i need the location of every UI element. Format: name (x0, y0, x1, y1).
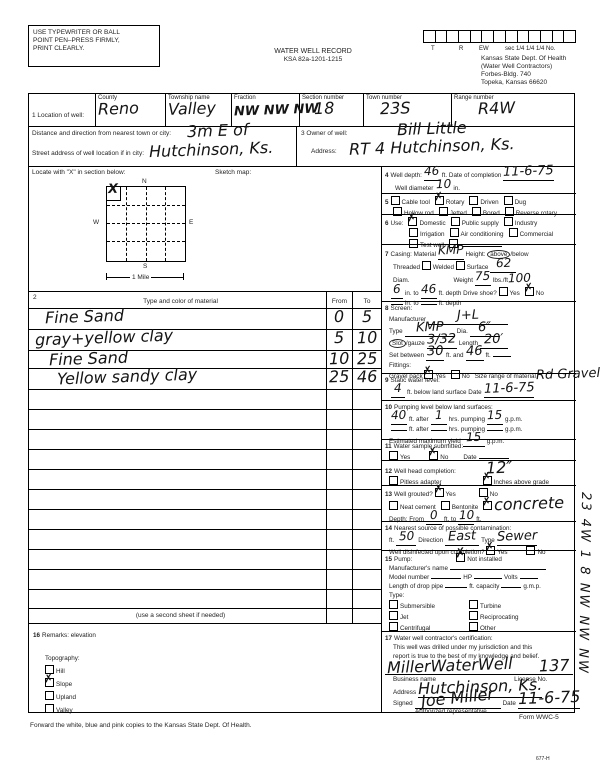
date-label: Date (468, 389, 481, 396)
material-row-empty (29, 470, 381, 490)
material-row: Fine Sand 10 25 (29, 351, 381, 369)
instruction-line: POINT PEN–PRESS FIRMLY, (33, 37, 155, 45)
checkbox-driven (469, 196, 478, 205)
checkbox-cable-tool (391, 196, 400, 205)
section-grouted: 13Well grouted? ✗YesNo Neat cementBenton… (381, 485, 576, 521)
material-value: gray+yellow clay (35, 331, 173, 346)
checkbox-reciprocating (469, 611, 478, 620)
checkbox-slope: ✗ (45, 678, 54, 687)
date-completion-value: 11-6-75 (503, 166, 554, 178)
checkbox-valley (45, 704, 54, 713)
ft-label: ft. (486, 352, 491, 359)
form-number: Form WWC-5 (519, 714, 559, 722)
hp-label: HP (463, 574, 472, 581)
section-number: 11 (385, 443, 392, 450)
field-value: Valley (168, 103, 216, 115)
capacity-label: capacity (476, 583, 499, 590)
well-depth-label: Well depth: (391, 172, 422, 179)
casing-dia-value: 6 (393, 284, 401, 294)
option-label: Public supply (462, 220, 499, 227)
agency-line: Forbes-Bldg. 740 (481, 71, 601, 79)
section-number: 6 (385, 220, 389, 227)
material-value: Fine Sand (45, 311, 124, 324)
check-mark: ✗ (482, 496, 493, 507)
forward-note: Forward the white, blue and pink copies … (30, 722, 252, 730)
checkbox-upland (45, 691, 54, 700)
materials-section-number: 2 (33, 294, 37, 302)
dia-label: Dia. (457, 328, 468, 335)
distance-label: Distance and direction from nearest town… (32, 130, 171, 138)
section-number: 4 (385, 172, 389, 179)
surface-value: 62 (496, 258, 512, 269)
option-label: Turbine (480, 603, 501, 610)
signature: Joe Miller (421, 689, 495, 707)
option-label: Driven (480, 199, 498, 206)
owner-value: Bill Little (397, 123, 467, 135)
grid-label-ew: EW (479, 46, 489, 52)
drop-pipe-label: Length of drop pipe (389, 583, 443, 590)
material-row-empty (29, 430, 381, 450)
section-water-sample: 11Water sample submitted: Yes✗NoDate (381, 439, 576, 460)
from-value: 10 (329, 354, 350, 365)
checkbox-pitless (389, 476, 398, 485)
distance-value: 3m E of (187, 125, 249, 137)
ft-after-label: ft. after (409, 426, 429, 433)
gpm-label: g.p.m. (505, 416, 523, 423)
option-label: Cable tool (402, 199, 430, 206)
signed-date-value: 11-6-75 (518, 692, 581, 704)
checkbox-drive-shoe-no: ✗ (525, 287, 534, 296)
set-between-label: Set between (389, 352, 424, 359)
ft-label: ft. (469, 583, 474, 590)
section-grid: X (106, 186, 186, 262)
check-mark: ✗ (407, 212, 418, 223)
to-header: To (352, 292, 381, 308)
pumping-gpm-value: 15 (487, 410, 503, 421)
agency-line: (Water Well Contractors) (481, 63, 601, 71)
scale-label: 1 Mile (130, 274, 151, 282)
field-section-number: Section number 18 (299, 94, 363, 126)
well-diameter-value: 10 (436, 179, 452, 190)
topo-option: Hill (56, 668, 65, 675)
casing-label: Casing: (391, 251, 412, 258)
to-value: 10 (357, 333, 378, 344)
section-casing: 7Casing: MaterialKMPHeight: above/below … (381, 244, 576, 301)
ft-after-label: ft. after (409, 416, 429, 423)
section-certification: 17Water well contractor's certification:… (381, 631, 576, 712)
option-label: Reciprocating (480, 614, 519, 621)
from-value: 25 (329, 372, 350, 383)
checkbox-public-supply (451, 217, 460, 226)
location-row: 1 Location of well: County Reno Township… (29, 94, 574, 127)
topo-option: Upland (56, 694, 76, 701)
yes-label: Yes (446, 491, 456, 498)
checkbox-sample-yes (389, 451, 398, 460)
section-number: 9 (385, 377, 389, 384)
material-row: Yellow sandy clay 25 46 (29, 369, 381, 390)
from-header: From (326, 292, 352, 308)
field-range-number: Range number R4W (451, 94, 574, 126)
material-label: Material (414, 251, 436, 258)
compass-west: W (93, 219, 99, 227)
instruction-line: USE TYPEWRITER OR BALL (33, 29, 155, 37)
option-label: Commercial (520, 231, 554, 238)
certification-text: This well was drilled under my jurisdict… (385, 643, 576, 652)
material-row-empty (29, 530, 381, 550)
well-diameter-label: Well diameter (395, 185, 433, 192)
check-mark: ✗ (43, 673, 54, 684)
field-label: Fraction (234, 95, 297, 101)
second-sheet-note: (use a second sheet if needed) (29, 609, 326, 623)
x-mark: X (108, 185, 118, 195)
use-label: Use: (391, 220, 404, 227)
section-number: 15 (385, 556, 392, 563)
grout-other-value: concrete (494, 498, 564, 510)
not-installed-label: Not installed (467, 556, 502, 563)
check-mark: ✗ (455, 548, 467, 559)
no-label: No (536, 290, 544, 297)
direction-label: Direction (418, 537, 443, 544)
checkbox-sample-no: ✗ (429, 451, 438, 460)
field-county: County Reno (95, 94, 165, 126)
print-code: 677-H (536, 756, 550, 762)
welded-label: Welded (433, 264, 454, 271)
page-title: WATER WELL RECORD (233, 48, 393, 56)
check-mark: ✗ (433, 483, 444, 494)
check-mark: ✗ (481, 471, 492, 482)
checkbox-air-conditioning (450, 228, 459, 237)
option-label: Submersible (400, 602, 464, 611)
grout-to-value: 10 (458, 510, 474, 521)
grid-label-sec: sec 1/4 1/4 1/4 No. (505, 46, 555, 52)
section-number: 7 (385, 251, 389, 258)
in-to-label: in. to (405, 290, 419, 297)
owner-label: 3 Owner of well: (301, 130, 348, 138)
checkbox-domestic: ✗ (408, 217, 417, 226)
ft-label: ft. (389, 537, 394, 544)
material-row-empty (29, 490, 381, 510)
locate-label: Locate with "X" in section below: (32, 169, 126, 177)
pump-label: Pump: (394, 556, 412, 563)
option-label: Irrigation (420, 231, 445, 238)
material-row-empty (29, 570, 381, 590)
fittings-label: Fittings: (389, 362, 411, 369)
contamination-type-value: Sewer (497, 531, 538, 542)
grouted-label: Well grouted? (394, 491, 433, 498)
pumping-depth-value: 40 (391, 410, 407, 421)
field-value: Reno (98, 103, 139, 114)
checkbox-pump-other (469, 622, 478, 631)
pumping-hours-value: 1 (435, 410, 443, 420)
pump-mfr-label: Manufacturer's name (389, 565, 448, 572)
agency-address: Kansas State Dept. Of Health (Water Well… (481, 55, 601, 87)
instruction-line: PRINT CLEARLY. (33, 45, 155, 53)
checkbox-welded (456, 261, 465, 270)
owner-address-label: Address: (311, 148, 337, 156)
checkbox-drive-shoe-yes (499, 287, 508, 296)
drive-shoe-label: Drive shoe? (463, 290, 497, 297)
checkbox-inches-above: ✗ (483, 476, 492, 485)
material-row: Fine Sand 0 5 (29, 309, 381, 330)
water-well-record-scan: USE TYPEWRITER OR BALL POINT PEN–PRESS F… (0, 0, 603, 773)
weight-unit: lbs./ft (493, 277, 508, 284)
right-column: 4Well depth:46ft. Date of completion11-6… (381, 166, 576, 712)
section-number: 17 (385, 635, 392, 642)
pumping-level-label: Pumping level below land surfaces: (394, 404, 493, 411)
material-row: gray+yellow clay 5 10 (29, 330, 381, 351)
grid-label-r: R (459, 46, 463, 52)
signed-label: Signed (393, 700, 413, 707)
checkbox-grouted-yes: ✗ (435, 488, 444, 497)
section-number: 12 (385, 468, 392, 475)
from-value: 5 (334, 333, 345, 343)
grid-label-t: T (431, 46, 435, 52)
material-row-empty (29, 550, 381, 570)
materials-header-label: Type and color of material (35, 292, 326, 306)
distance-owner-row: Distance and direction from nearest town… (29, 126, 574, 167)
legal-description-grid (423, 30, 576, 43)
direction-value: East (448, 532, 476, 543)
to-value: 25 (357, 354, 378, 365)
grout-from-value: 0 (430, 510, 438, 520)
instruction-box: USE TYPEWRITER OR BALL POINT PEN–PRESS F… (28, 25, 160, 67)
material-row-empty (29, 390, 381, 410)
threaded-label: Threaded (393, 264, 420, 271)
checkbox-turbine (469, 600, 478, 609)
ft-depth-label: ft. depth (439, 290, 462, 297)
static-level-value: 4 (394, 383, 402, 393)
to-value: 46 (357, 372, 378, 383)
topo-option: Slope (56, 681, 72, 688)
compass-east: E (189, 219, 193, 227)
model-label: Model number (389, 574, 429, 581)
screen-label: Screen: (391, 305, 413, 312)
owner-address-value: RT 4 Hutchinson, Ks. (349, 139, 515, 155)
to-value: 5 (362, 312, 373, 322)
pump-type-label: Type: (389, 592, 404, 599)
static-date-value: 11-6-75 (483, 383, 534, 395)
materials-footer-row: (use a second sheet if needed) (29, 609, 381, 624)
remarks-section: 16Remarks: elevation Topography: Hill ✗S… (29, 628, 381, 712)
checkbox-neat-cement (389, 501, 398, 510)
option-label: Jet (400, 613, 464, 622)
checkbox-industry (504, 217, 513, 226)
section-number: 13 (385, 491, 392, 498)
left-column: Locate with "X" in section below: Sketch… (29, 166, 382, 712)
section-contamination: 14Nearest source of possible contaminati… (381, 521, 576, 550)
section-number: 14 (385, 525, 392, 532)
check-mark: ✗ (523, 282, 534, 293)
option-label: Dug (515, 199, 527, 206)
section-pump: 15Pump:✗Not installed Manufacturer's nam… (381, 550, 576, 631)
section-number: 5 (385, 199, 389, 206)
distance-cell: Distance and direction from nearest town… (29, 126, 296, 166)
check-mark: ✗ (428, 446, 439, 457)
compass-north: N (142, 178, 147, 186)
type-label: Type (389, 328, 403, 335)
capacity-unit-label: g.m.p. (523, 583, 541, 590)
section-use: 6Use:✗DomesticPublic supplyIndustry Irri… (381, 214, 576, 244)
checkbox-bentonite (441, 501, 450, 510)
location-label: 1 Location of well: (32, 112, 84, 119)
option-label: Rotary (446, 199, 465, 206)
ft-and-label: ft. and (446, 352, 464, 359)
weight-value: 75 (475, 271, 491, 282)
section-well-depth: 4Well depth:46ft. Date of completion11-6… (381, 166, 576, 193)
height-label: Height: (466, 251, 486, 258)
checkbox-commercial (509, 228, 518, 237)
option-label: Domestic (419, 220, 445, 227)
section-number: 16 (33, 632, 40, 639)
well-diameter-unit: in. (453, 185, 460, 192)
section-pumping-level: 10Pumping level below land surfaces: 40f… (381, 400, 576, 439)
agency-line: Kansas State Dept. Of Health (481, 55, 601, 63)
material-value: Fine Sand (49, 353, 128, 366)
material-value: Yellow sandy clay (57, 370, 197, 385)
street-label: Street address of well location if in ci… (32, 150, 144, 158)
contamination-distance-value: 50 (398, 531, 414, 542)
checkbox-grout-other: ✗ (483, 501, 492, 510)
gpm-label: g.p.m. (505, 426, 523, 433)
below-label: below (512, 251, 528, 258)
slot-circled: Slot (389, 339, 406, 348)
checkbox-dug (504, 196, 513, 205)
sketch-map-label: Sketch map: (215, 169, 251, 177)
agency-line: Topeka, Kansas 66620 (481, 79, 601, 87)
remarks-label: Remarks: elevation (42, 632, 96, 639)
topography-label: Topography: (29, 640, 381, 663)
below-surface-label: ft. below land surface (407, 389, 467, 396)
yes-label: Yes (510, 290, 520, 297)
compass-south: S (143, 263, 147, 271)
date-label: Date (503, 700, 516, 707)
margin-note-legal-description: 23 4W 1 8 NW NW NW (576, 492, 590, 742)
section-number: 8 (385, 305, 389, 312)
checkbox-submersible (389, 600, 398, 609)
locate-section: Locate with "X" in section below: Sketch… (29, 166, 381, 291)
hrs-pumping-label: hrs. pumping (449, 416, 485, 423)
form-body: 1 Location of well: County Reno Township… (28, 93, 575, 713)
scale-bar: 1 Mile (106, 273, 184, 281)
material-row-empty (29, 590, 381, 609)
distance-value: Hutchinson, Ks. (149, 143, 274, 157)
casing-depth-value: 46 (421, 284, 437, 295)
length-value: 20′ (484, 335, 504, 346)
checkbox-threaded (422, 261, 431, 270)
volts-label: Volts (504, 574, 518, 581)
gauze-label: /gauze (406, 340, 425, 347)
material-row-empty (29, 450, 381, 470)
section-well-head: 12Well head completion:12″ Pitless adapt… (381, 460, 576, 485)
material-row-empty (29, 410, 381, 430)
checkbox-jet (389, 611, 398, 620)
checkbox-not-installed: ✗ (456, 553, 465, 562)
topo-option: Valley (56, 707, 73, 714)
option-label: Industry (515, 220, 537, 227)
from-value: 0 (334, 312, 345, 322)
materials-table: 2 Type and color of material From To Fin… (29, 291, 381, 624)
license-value: 137 (538, 660, 569, 671)
certification-label: Water well contractor's certification: (394, 635, 493, 642)
well-head-label: Well head completion: (394, 468, 456, 475)
material-row-empty (29, 510, 381, 530)
checkbox-centrifugal (389, 622, 398, 631)
option-label: Air conditioning (461, 231, 504, 238)
check-mark: ✗ (433, 191, 444, 202)
well-depth-value: 46 (424, 166, 440, 177)
checkbox-rotary: ✗ (435, 196, 444, 205)
business-name-value: MillerWaterWell (387, 659, 513, 673)
set-to-value: 46 (466, 347, 483, 358)
manufacturer-value: J+L (457, 311, 479, 322)
field-value: 18 (302, 103, 335, 114)
field-value: R4W (454, 103, 515, 115)
section-screen: 8Screen: ManufacturerJ+L TypeKMPDia.6″ S… (381, 301, 576, 373)
set-from-value: 30 (427, 347, 444, 358)
page-subtitle: KSA 82a-1201-1215 (233, 56, 393, 64)
weight-label: Weight (453, 277, 472, 284)
section-static-level: 9Static water level: 4ft. below land sur… (381, 373, 576, 400)
field-value: 23S (366, 103, 411, 115)
owner-cell: 3 Owner of well: Bill Little Address: RT… (296, 126, 575, 166)
checkbox-irrigation (409, 228, 418, 237)
casing-material-value: KMP (438, 245, 464, 256)
